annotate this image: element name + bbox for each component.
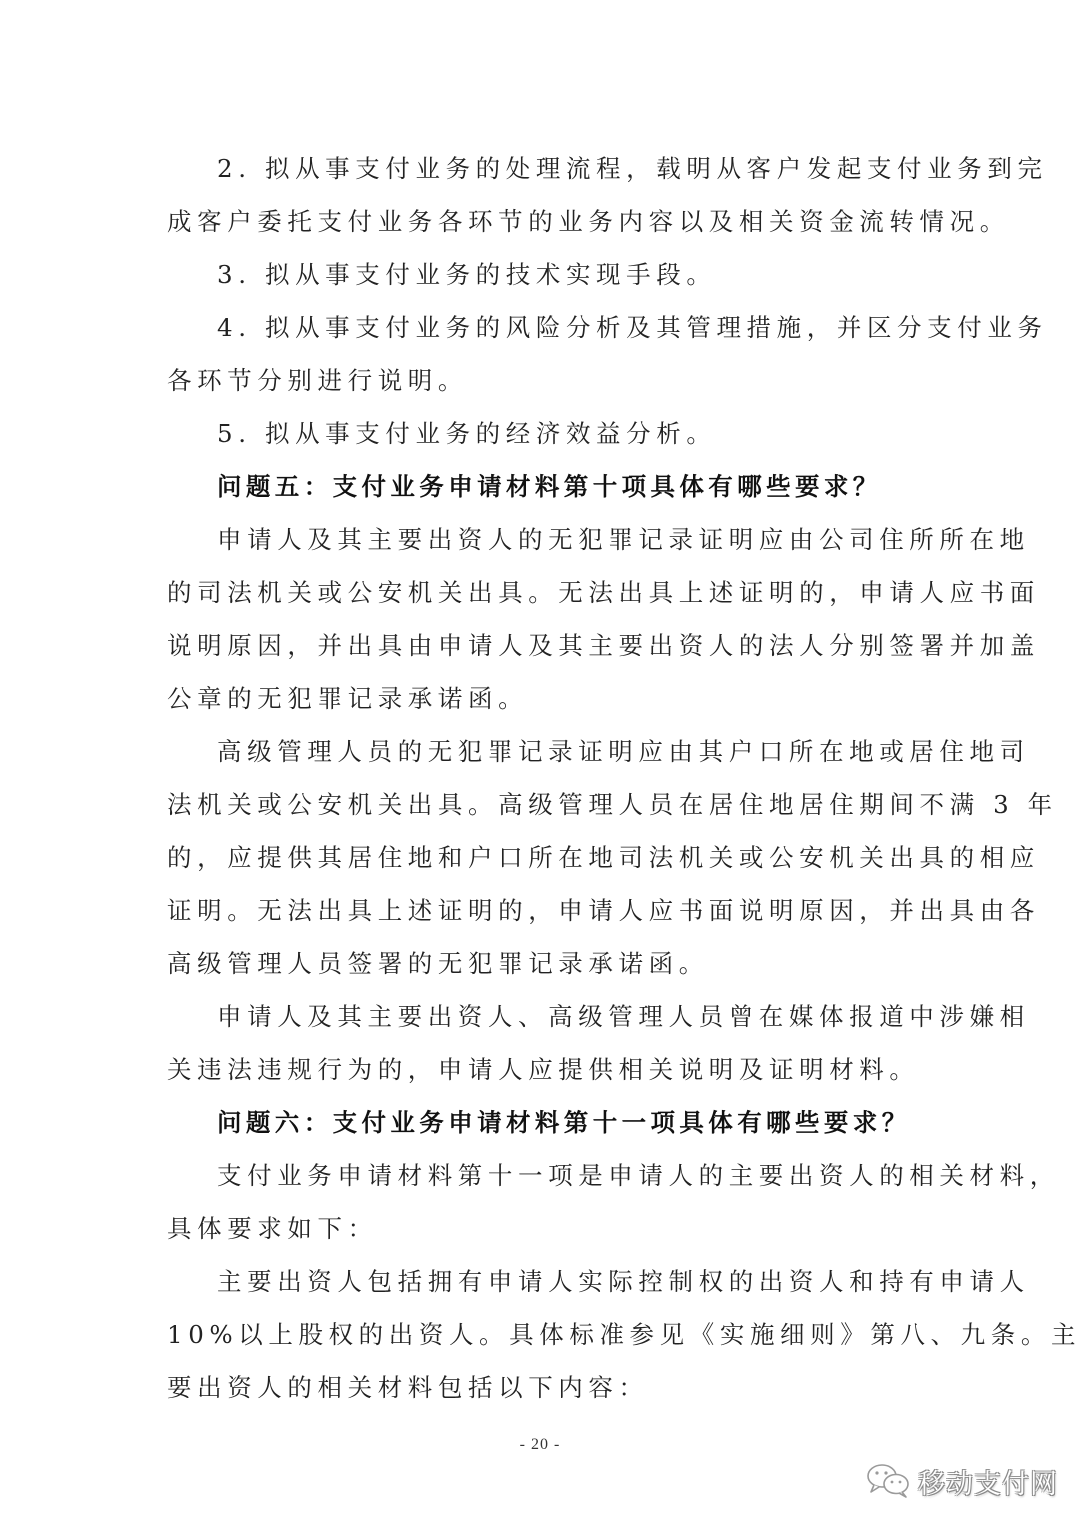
- paragraph-line: 高级管理人员的无犯罪记录证明应由其户口所在地或居住地司: [217, 725, 1030, 778]
- section-heading: 问题六：支付业务申请材料第十一项具体有哪些要求？: [217, 1096, 911, 1149]
- paragraph-line: 说明原因，并出具由申请人及其主要出资人的法人分别签署并加盖: [167, 619, 1040, 672]
- paragraph-line: 的，应提供其居住地和户口所在地司法机关或公安机关出具的相应: [167, 831, 1040, 884]
- paragraph-line: 各环节分别进行说明。: [167, 354, 468, 407]
- paragraph-line: 具体要求如下：: [167, 1202, 378, 1255]
- paragraph-line: 成客户委托支付业务各环节的业务内容以及相关资金流转情况。: [167, 195, 1010, 248]
- wechat-icon: [866, 1463, 912, 1499]
- paragraph-line: 证明。无法出具上述证明的，申请人应书面说明原因，并出具由各: [167, 884, 1040, 937]
- watermark: 移动支付网: [866, 1461, 1058, 1501]
- paragraph-line: 3. 拟从事支付业务的技术实现手段。: [217, 248, 716, 301]
- paragraph-line: 高级管理人员签署的无犯罪记录承诺函。: [167, 937, 709, 990]
- paragraph-line: 申请人及其主要出资人、高级管理人员曾在媒体报道中涉嫌相: [217, 990, 1030, 1043]
- paragraph-line: 主要出资人包括拥有申请人实际控制权的出资人和持有申请人: [217, 1255, 1030, 1308]
- paragraph-line: 关违法违规行为的，申请人应提供相关说明及证明材料。: [167, 1043, 920, 1096]
- paragraph-line: 要出资人的相关材料包括以下内容：: [167, 1361, 649, 1414]
- paragraph-line: 支付业务申请材料第十一项是申请人的主要出资人的相关材料，: [217, 1149, 1060, 1202]
- paragraph-line: 申请人及其主要出资人的无犯罪记录证明应由公司住所所在地: [217, 513, 1030, 566]
- paragraph-line: 法机关或公安机关出具。高级管理人员在居住地居住期间不满 3 年: [167, 778, 1058, 831]
- watermark-text: 移动支付网: [918, 1462, 1058, 1501]
- paragraph-line: 2. 拟从事支付业务的处理流程，载明从客户发起支付业务到完: [217, 142, 1048, 195]
- paragraph-line: 10%以上股权的出资人。具体标准参见《实施细则》第八、九条。主: [167, 1308, 1080, 1361]
- paragraph-line: 5. 拟从事支付业务的经济效益分析。: [217, 407, 716, 460]
- page-number: - 20 -: [0, 1436, 1080, 1454]
- paragraph-line: 4. 拟从事支付业务的风险分析及其管理措施，并区分支付业务: [217, 301, 1048, 354]
- paragraph-line: 的司法机关或公安机关出具。无法出具上述证明的，申请人应书面: [167, 566, 1040, 619]
- paragraph-line: 公章的无犯罪记录承诺函。: [167, 672, 528, 725]
- section-heading: 问题五：支付业务申请材料第十项具体有哪些要求？: [217, 460, 882, 513]
